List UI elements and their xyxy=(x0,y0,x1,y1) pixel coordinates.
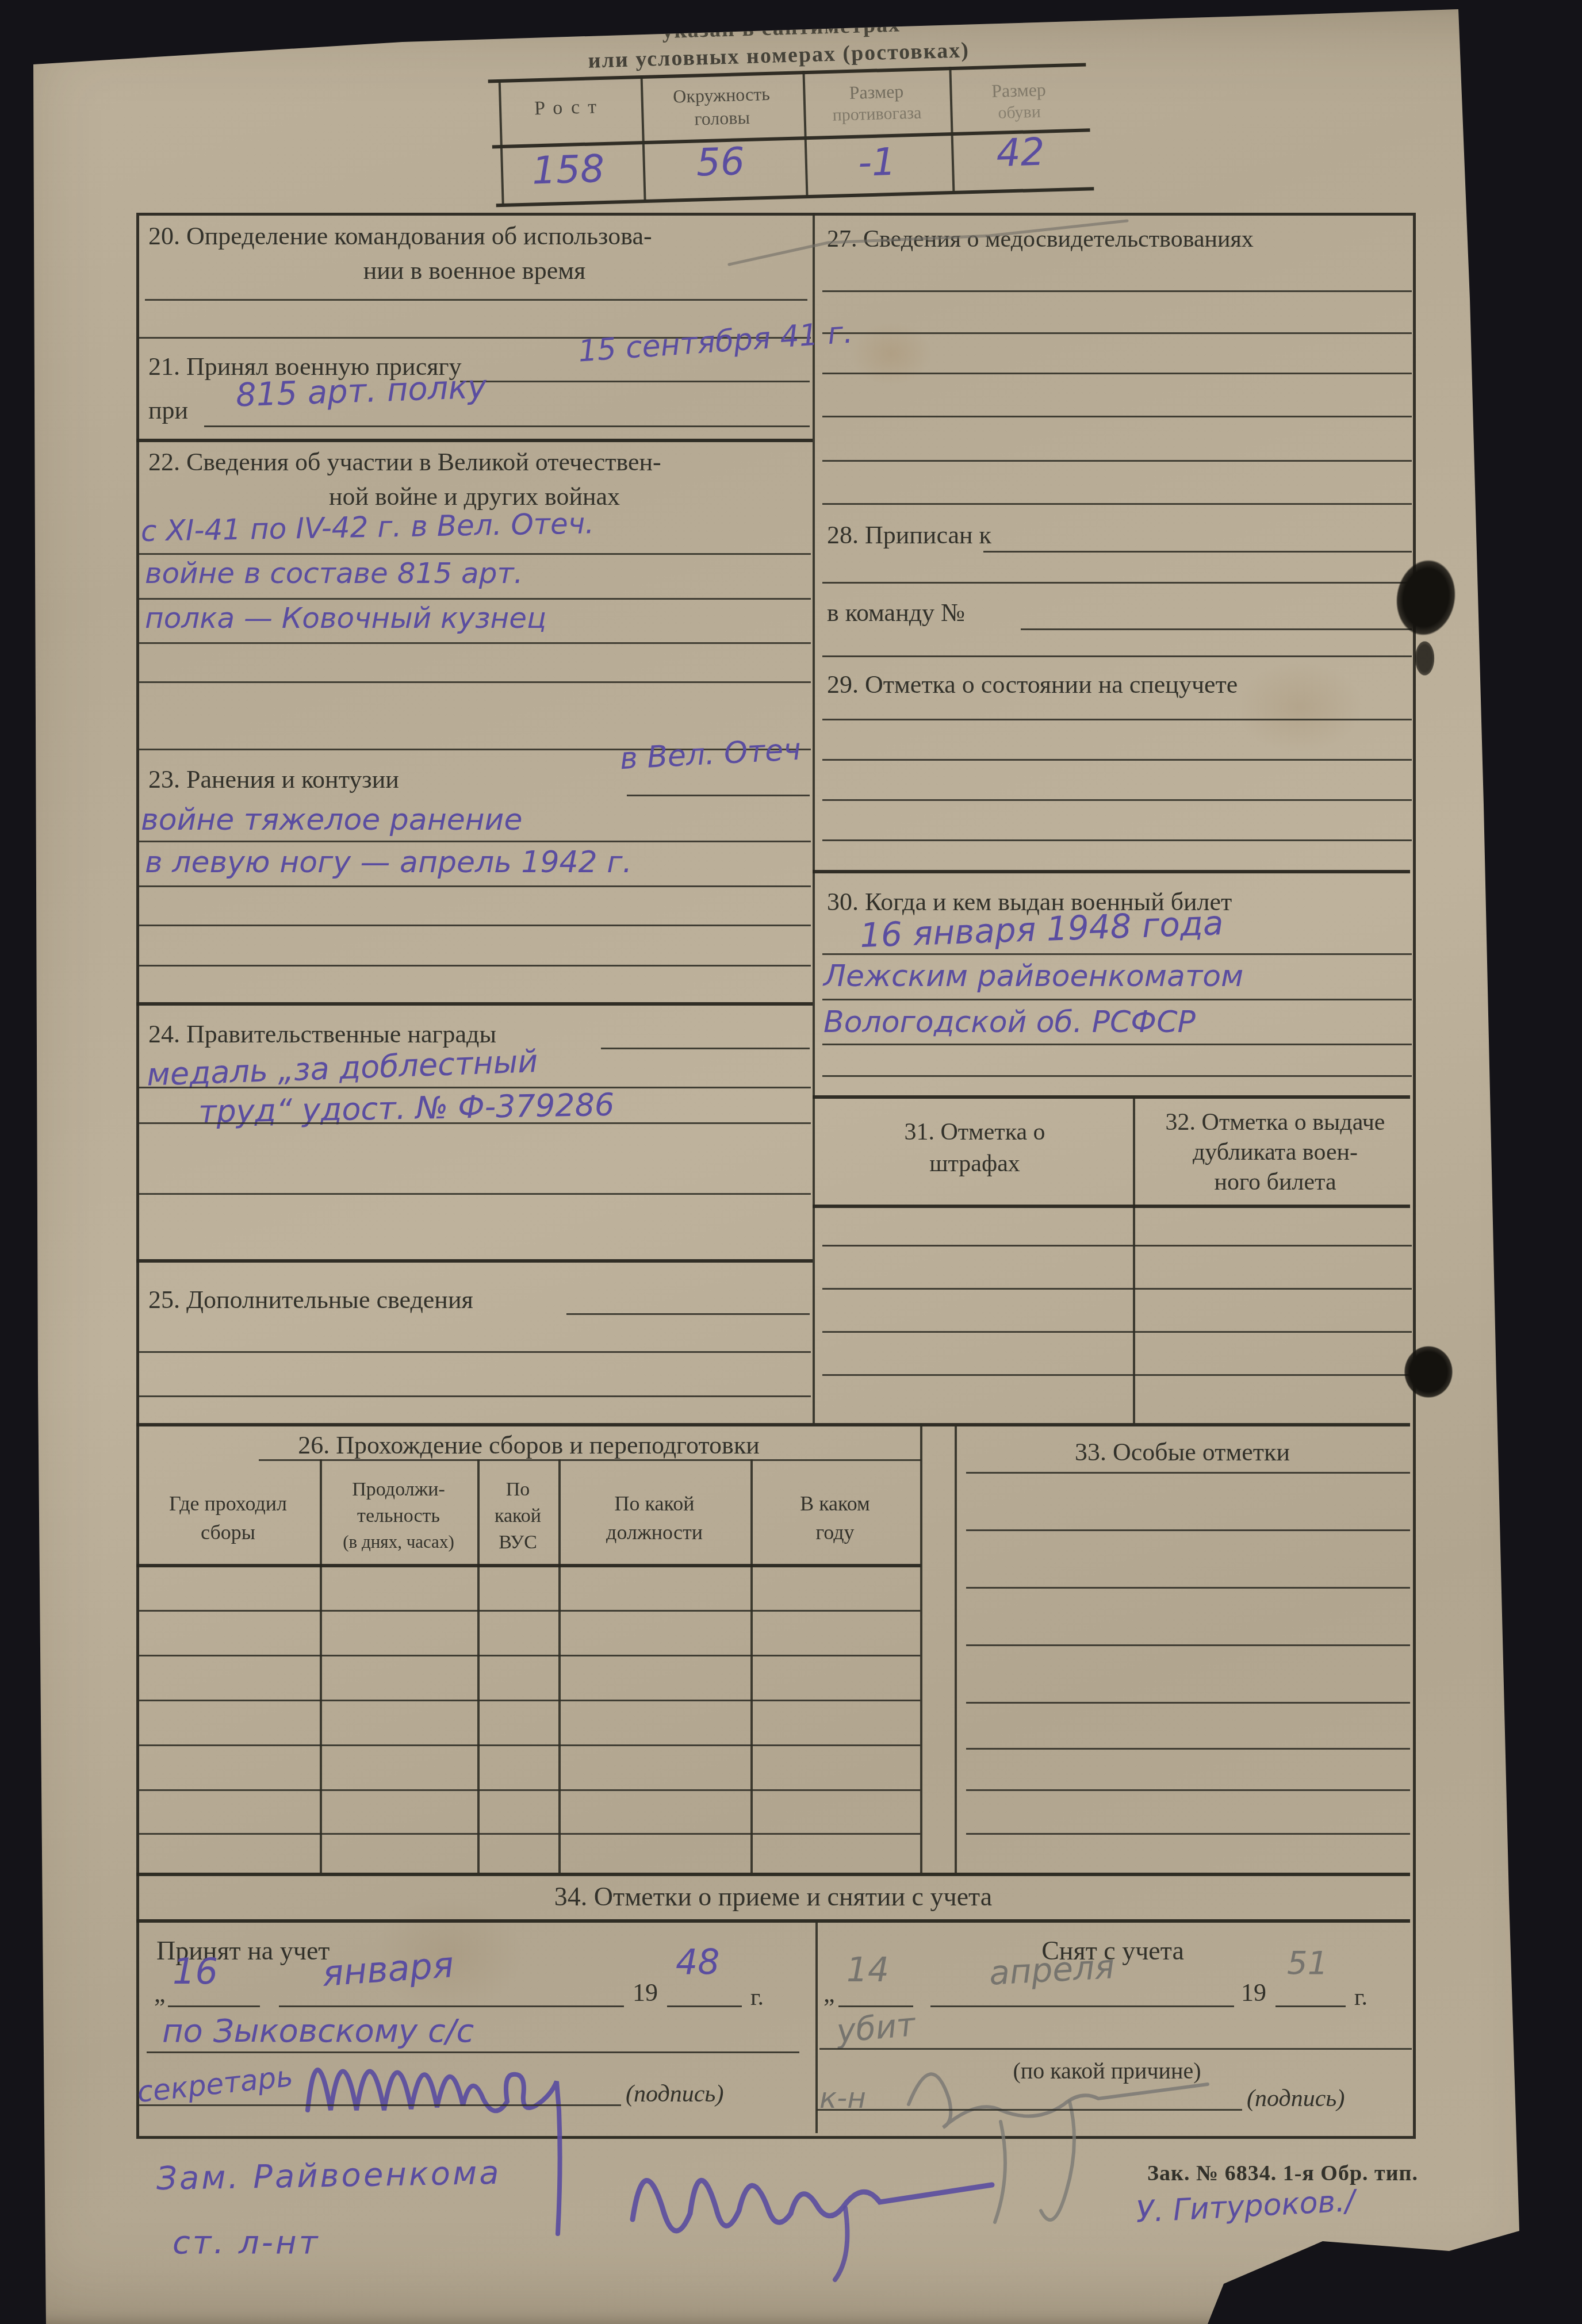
section32-title-l2: дубликата воен- xyxy=(1139,1138,1412,1166)
section25-title: 25. Дополнительные сведения xyxy=(148,1285,473,1314)
section22-war-line2-handwritten: войне в составе 815 арт. xyxy=(145,557,523,590)
section23-title: 23. Ранения и контузии xyxy=(148,765,399,794)
section22-title-l2: ной войне и других войнах xyxy=(136,482,813,511)
section21-prefix: при xyxy=(148,396,188,425)
col-duration-l2: тельность xyxy=(321,1505,476,1527)
removed-year-handwritten: 51 xyxy=(1287,1945,1328,1982)
col-where-l1: Где проходил xyxy=(138,1491,318,1516)
removed-month-handwritten: апреля xyxy=(988,1947,1115,1992)
secretary-signature xyxy=(299,1978,621,2242)
section23-wound-line3-handwritten: в левую ногу — апрель 1942 г. xyxy=(145,845,632,880)
stamp-value-head: 56 xyxy=(645,138,796,186)
section28-label2: в команду № xyxy=(827,598,965,627)
col-vus-l3: ВУС xyxy=(478,1532,557,1554)
stamp-value-gasmask: -1 xyxy=(807,138,947,186)
col-duration-l3: (в днях, часах) xyxy=(321,1532,476,1552)
footer-rank-handwritten: ст. л-нт xyxy=(173,2224,320,2261)
stamp-col-rost: Рост xyxy=(506,95,633,121)
col-year-l1: В каком xyxy=(752,1491,918,1516)
col-vus-l1: По xyxy=(478,1479,557,1501)
taken-open-quote: „ xyxy=(154,1979,166,2008)
taken-year-print: 19 xyxy=(633,1978,658,2007)
commissar-signature xyxy=(621,2110,1024,2294)
section31-title-l1: 31. Отметка о xyxy=(819,1118,1130,1146)
section30-issuer-handwritten: Лежским райвоенкоматом xyxy=(823,959,1243,994)
section33-title: 33. Особые отметки xyxy=(955,1437,1410,1467)
taken-podpis-label: (подпись) xyxy=(626,2080,723,2108)
section20-title-l2: нии в военное время xyxy=(136,256,813,285)
section22-title-l1: 22. Сведения об участии в Великой отечес… xyxy=(148,447,661,477)
scanned-military-registration-card: указан в сантиметрах или условных номера… xyxy=(0,0,1582,2324)
col-position-l1: По какой xyxy=(560,1491,749,1516)
col-vus-l2: какой xyxy=(478,1505,557,1527)
pencil-stroke xyxy=(725,207,1150,276)
col-year-l2: году xyxy=(752,1520,918,1544)
removed-year-print: 19 xyxy=(1241,1978,1266,2007)
section30-region-handwritten: Вологодской об. РСФСР xyxy=(823,1005,1196,1040)
stamp-value-height: 158 xyxy=(501,146,635,194)
section29-title: 29. Отметка о состоянии на спецучете xyxy=(827,670,1238,699)
paper-sheet: указан в сантиметрах или условных номера… xyxy=(0,0,1582,2324)
removed-year-suffix: г. xyxy=(1354,1984,1368,2011)
footer-deputy-commissar-handwritten: Зам. Райвоенкома xyxy=(156,2154,501,2198)
stamp-col-gasmask-l1: Размер xyxy=(809,79,944,105)
section34-title: 34. Отметки о приеме и снятии с учета xyxy=(136,1881,1410,1912)
taken-year-handwritten: 48 xyxy=(676,1942,719,1982)
section24-title: 24. Правительственные награды xyxy=(148,1019,496,1049)
taken-day-handwritten: 16 xyxy=(173,1950,218,1992)
section20-title-l1: 20. Определение командования об использо… xyxy=(148,221,652,251)
col-position-l2: должности xyxy=(560,1520,749,1544)
section31-title-l2: штрафах xyxy=(819,1150,1130,1178)
stamp-col-shoes-l2: обуви xyxy=(956,101,1083,124)
taken-year-suffix: г. xyxy=(750,1984,764,2011)
footer-printer-note: Зак. № 6834. 1-я Обр. тип. xyxy=(1147,2161,1418,2186)
ink-blot-lower xyxy=(1396,1337,1461,1406)
section32-title-l3: ного билета xyxy=(1139,1168,1412,1196)
stamp-col-head-girth-l2: головы xyxy=(647,106,797,131)
section22-war-line3-handwritten: полка — Ковочный кузнец xyxy=(145,601,546,635)
section26-title: 26. Прохождение сборов и переподготовки xyxy=(136,1431,921,1460)
stamp-col-gasmask-l2: противогаза xyxy=(809,102,945,126)
col-duration-l1: Продолжи- xyxy=(321,1479,476,1501)
stamp-caption-top: указан в сантиметрах xyxy=(662,11,901,44)
removed-podpis-label: (подпись) xyxy=(1247,2085,1344,2112)
removed-open-quote: „ xyxy=(823,1979,835,2008)
section23-wound-line2-handwritten: войне тяжелое ранение xyxy=(141,803,522,837)
measurements-stamp-table: указан в сантиметрах или условных номера… xyxy=(480,0,1095,212)
stamp-value-shoes: 42 xyxy=(953,129,1087,177)
stamp-col-head-girth-l1: Окружность xyxy=(646,83,796,108)
removed-day-handwritten: 14 xyxy=(846,1950,889,1989)
section28-label1: 28. Приписан к xyxy=(827,520,991,550)
section32-title-l1: 32. Отметка о выдаче xyxy=(1139,1109,1412,1136)
ink-blot-upper-tail xyxy=(1412,635,1438,681)
col-where-l2: сборы xyxy=(138,1520,318,1544)
stamp-col-shoes-l1: Размер xyxy=(955,78,1082,103)
